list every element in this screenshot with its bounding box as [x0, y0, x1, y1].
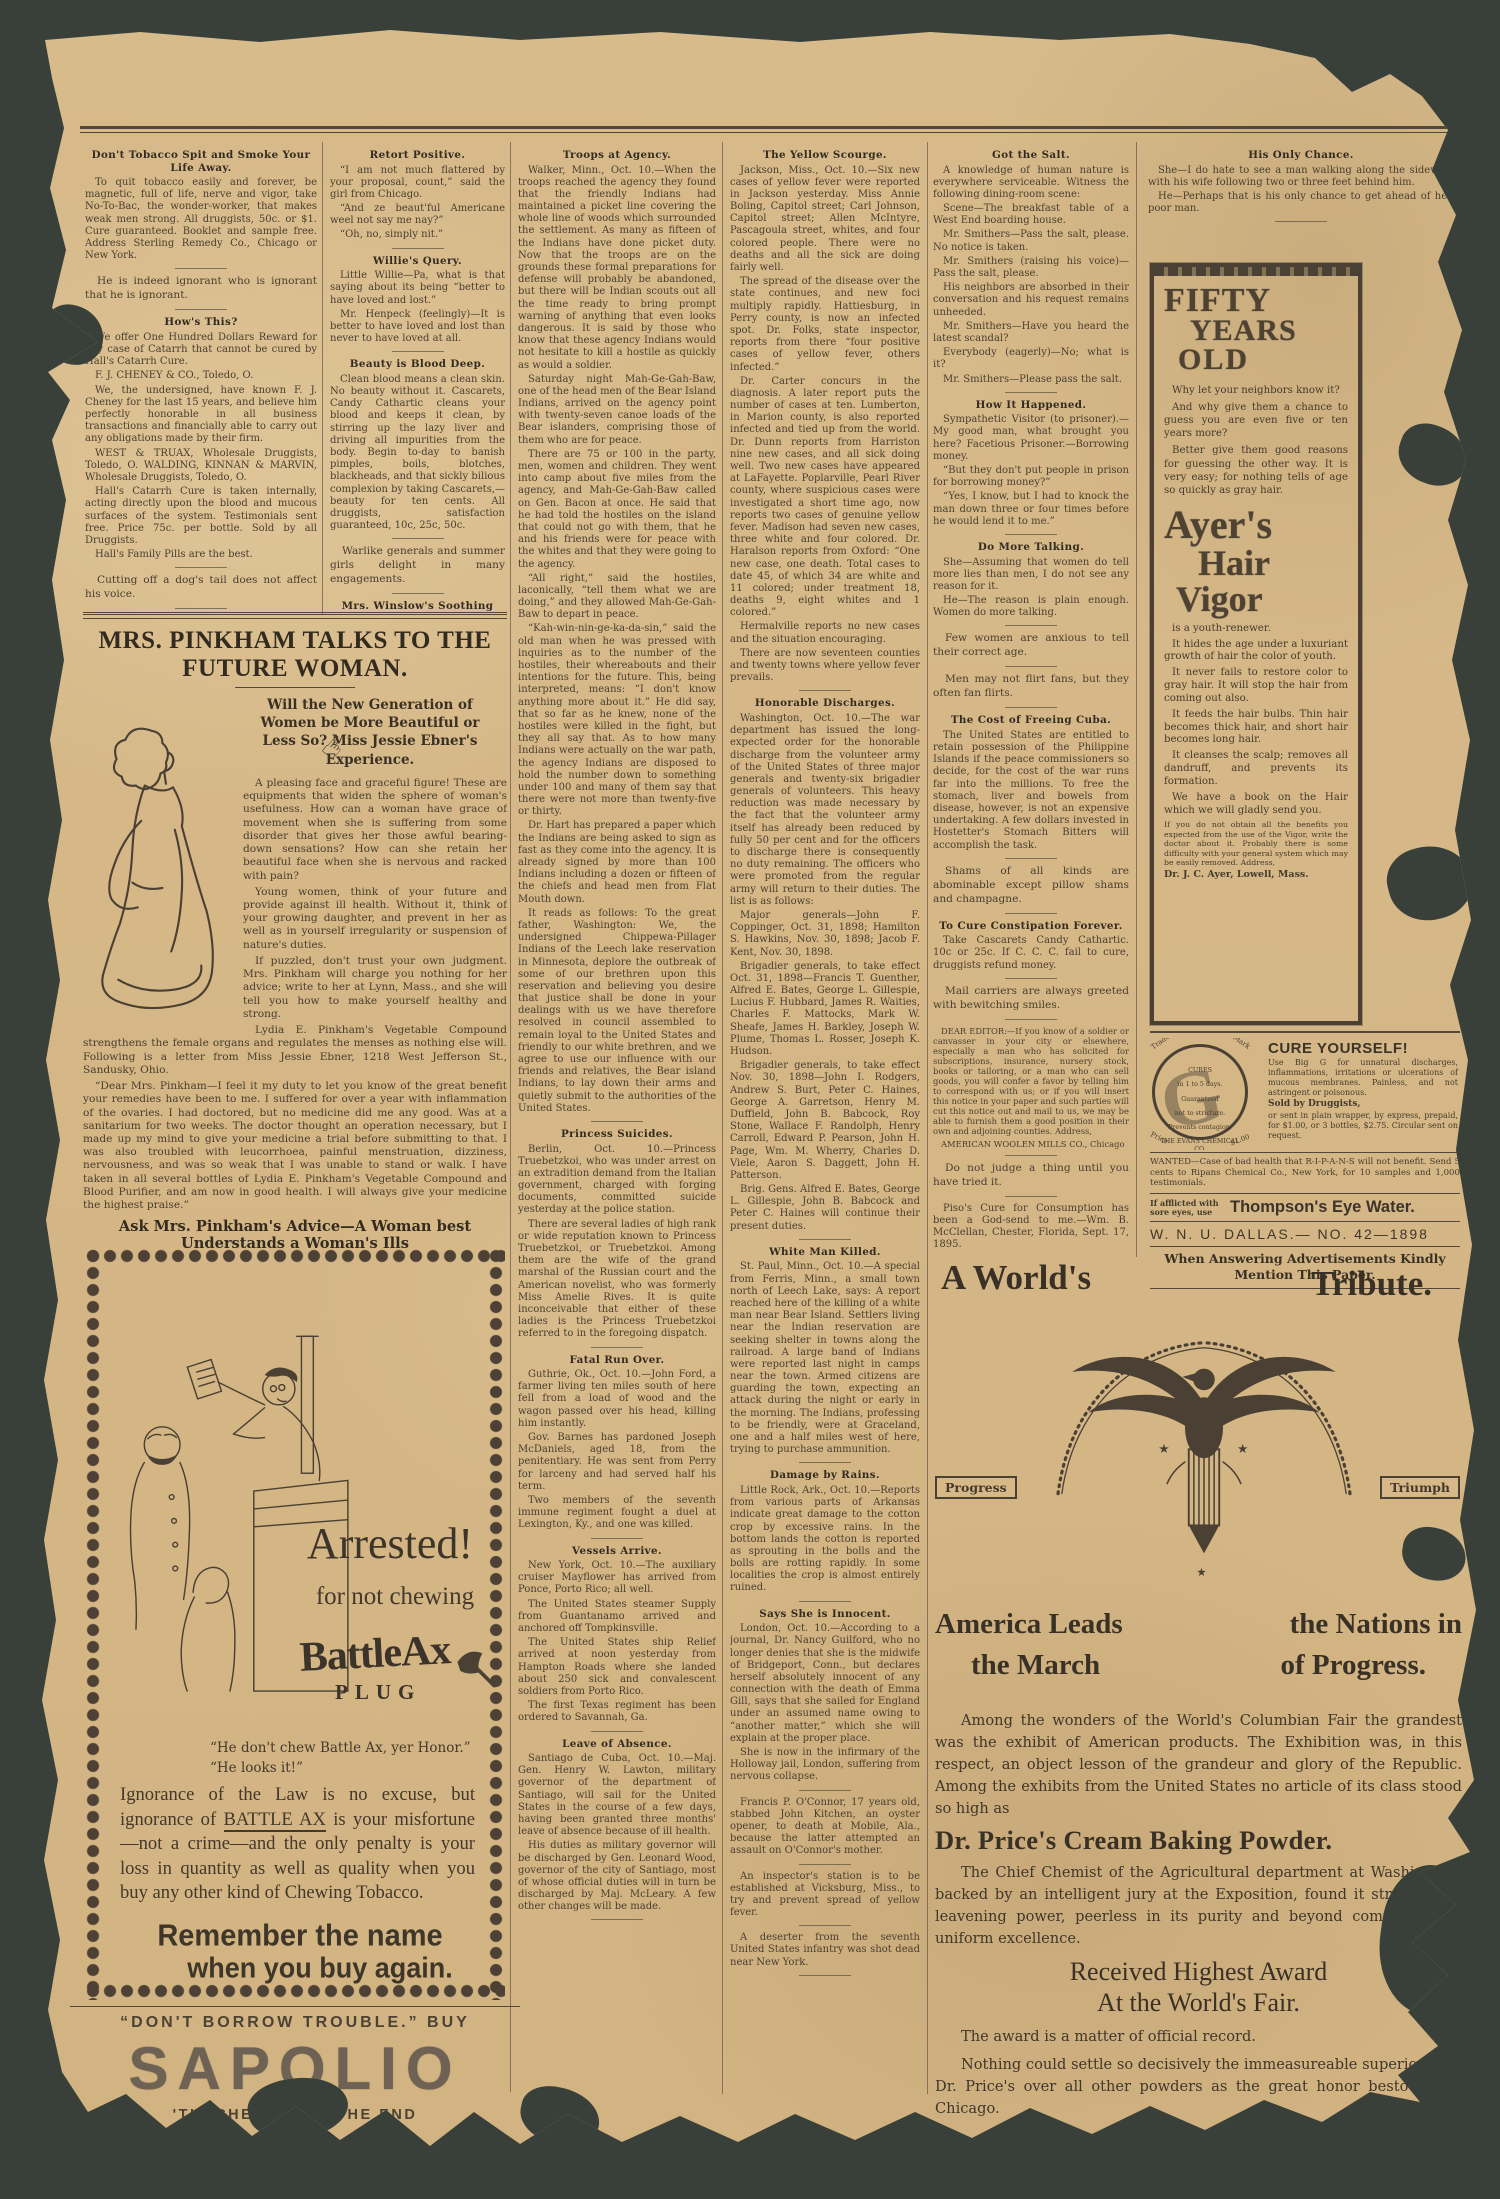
story-paragraph: To quit tobacco easily and forever, be m…: [85, 177, 317, 262]
battle-ax-logotype: BattleAx: [279, 1625, 471, 1683]
story-paragraph: The United States steamer Supply from Gu…: [518, 1599, 716, 1636]
paragraph: “Dear Mrs. Pinkham—I feel it my duty to …: [83, 1080, 507, 1212]
news-story: Don't Tobacco Spit and Smoke Your Life A…: [85, 149, 317, 269]
news-story: The Yellow Scourge.Jackson, Miss., Oct. …: [730, 149, 920, 691]
story-headline: Retort Positive.: [330, 149, 505, 162]
pinkham-woman-illustration: [83, 700, 233, 1030]
ayers-body: is a youth-renewer.It hides the age unde…: [1164, 623, 1348, 818]
ayers-fine-print: If you do not obtain all the benefits yo…: [1164, 820, 1348, 867]
filler-item: Few women are anxious to tell their corr…: [933, 632, 1129, 667]
tribute-paragraph: The award is a matter of official record…: [935, 2026, 1462, 2048]
ad-caption: “He looks it!”: [210, 1760, 303, 1776]
story-paragraph: Jackson, Miss., Oct. 10.—Six new cases o…: [730, 165, 920, 275]
tribute-paragraph: Nothing could settle so decisively the i…: [935, 2054, 1462, 2120]
filler-item: Do not judge a thing until you have trie…: [933, 1162, 1129, 1197]
cure-copy: Use Big G for unnatural discharges, infl…: [1268, 1058, 1458, 1098]
story-headline: The Cost of Freeing Cuba.: [933, 714, 1129, 727]
news-story: Troops at Agency.Walker, Minn., Oct. 10.…: [518, 149, 716, 1122]
section-rule: [1150, 1031, 1460, 1033]
news-story: Honorable Discharges.Washington, Oct. 10…: [730, 697, 920, 1239]
news-story: To Cure Constipation Forever.Take Cascar…: [933, 920, 1129, 979]
story-paragraph: London, Oct. 10.—According to a journal,…: [730, 1623, 920, 1745]
pinkham-footer-line: Ask Mrs. Pinkham's Advice—A Woman best U…: [83, 1218, 507, 1248]
story-paragraph: He is indeed ignorant who is ignorant th…: [85, 275, 317, 303]
story-paragraph: Brigadier generals, to take effect Oct. …: [730, 961, 920, 1059]
ayers-signature: Dr. J. C. Ayer, Lowell, Mass.: [1164, 869, 1348, 880]
news-story: Beauty is Blood Deep.Clean blood means a…: [330, 358, 505, 539]
column-3: Troops at Agency.Walker, Minn., Oct. 10.…: [518, 144, 716, 2089]
story-paragraph: Take Cascarets Candy Cathartic. 10c or 2…: [933, 935, 1129, 972]
story-paragraph: Scene—The breakfast table of a West End …: [933, 203, 1129, 227]
story-paragraph: Everybody (eagerly)—No; what is it?: [933, 347, 1129, 371]
column-rule: [722, 142, 723, 2094]
worlds-tribute-ad: A World's Tribute. ★ ★ ★: [935, 1258, 1462, 2118]
story-paragraph: Dr. Hart has prepared a paper which the …: [518, 820, 716, 905]
story-paragraph: WEST & TRUAX, Wholesale Druggists, Toled…: [85, 448, 317, 485]
story-paragraph: “Yes, I know, but I had to knock the man…: [933, 491, 1129, 528]
story-paragraph: AMERICAN WOOLEN MILLS CO., Chicago: [933, 1139, 1129, 1149]
story-paragraph: “And ze beaut'ful Americane weel not say…: [330, 203, 505, 227]
story-headline: Leave of Absence.: [518, 1738, 716, 1751]
story-paragraph: Mr. Smithers (raising his voice)—Pass th…: [933, 256, 1129, 280]
section-rule: [70, 2006, 520, 2007]
dr-price-product-line: Dr. Price's Cream Baking Powder.: [935, 1825, 1462, 1856]
story-headline: Beauty is Blood Deep.: [330, 358, 505, 371]
story-paragraph: She—Assuming that women do tell more lie…: [933, 557, 1129, 594]
story-paragraph: Men may not flirt fans, but they often f…: [933, 673, 1129, 701]
progress-ribbon: Progress: [935, 1476, 1017, 1499]
story-paragraph: Mr. Smithers—Please pass the salt.: [933, 374, 1129, 386]
news-story: Says She is Innocent.London, Oct. 10.—Ac…: [730, 1608, 920, 1791]
headline-line: OLD: [1178, 346, 1348, 375]
story-paragraph: Francis P. O'Connor, 17 years old, stabb…: [730, 1797, 920, 1858]
story-paragraph: “But they don't put people in prison for…: [933, 465, 1129, 489]
arrested-headline: Arrested!: [285, 1518, 495, 1569]
story-paragraph: Hall's Family Pills are the best.: [85, 549, 317, 561]
column-rule: [510, 142, 511, 2092]
paragraph: It hides the age under a luxuriant growt…: [1164, 639, 1348, 665]
filler-item: Cutting off a dog's tail does not affect…: [85, 574, 317, 609]
battle-ax-copy: Ignorance of the Law is no excuse, but i…: [120, 1783, 475, 1906]
story-headline: Got the Salt.: [933, 149, 1129, 162]
story-paragraph: There are now seventeen counties and twe…: [730, 648, 920, 685]
story-paragraph: “All right,” said the hostiles, laconica…: [518, 573, 716, 622]
story-paragraph: Hall's Catarrh Cure is taken internally,…: [85, 486, 317, 547]
trade-label: Trade: [1150, 1038, 1171, 1051]
lead-gap: [1160, 1649, 1220, 1682]
newspaper-page: Don't Tobacco Spit and Smoke Your Life A…: [0, 0, 1500, 2199]
story-paragraph: Little Willie—Pa, what is that saying ab…: [330, 270, 505, 307]
story-headline: Princess Suicides.: [518, 1128, 716, 1141]
story-paragraph: The first Texas regiment has been ordere…: [518, 1700, 716, 1724]
story-paragraph: She—I do hate to see a man walking along…: [1148, 165, 1454, 189]
sapolio-tagline: 'TIS CHEAPER IN THE END: [70, 2107, 520, 2123]
story-headline: Vessels Arrive.: [518, 1545, 716, 1558]
mark-label: Mark: [1231, 1038, 1251, 1051]
story-paragraph: Mr. Smithers—Pass the salt, please. No n…: [933, 229, 1129, 253]
news-story: Leave of Absence.Santiago de Cuba, Oct. …: [518, 1738, 716, 1921]
paragraph: It cleanses the scalp; removes all dandr…: [1164, 750, 1348, 789]
story-headline: Honorable Discharges.: [730, 697, 920, 710]
paper-tear: [515, 2080, 605, 2151]
dot-border: [85, 1248, 102, 2000]
column-4: The Yellow Scourge.Jackson, Miss., Oct. …: [730, 144, 920, 2092]
dot-border: [488, 1248, 505, 2000]
story-paragraph: The United States are entitled to retain…: [933, 730, 1129, 852]
story-paragraph: Washington, Oct. 10.—The war department …: [730, 713, 920, 908]
news-story: Damage by Rains.Little Rock, Ark., Oct. …: [730, 1469, 920, 1601]
story-paragraph: Few women are anxious to tell their corr…: [933, 632, 1129, 660]
story-paragraph: Do not judge a thing until you have trie…: [933, 1162, 1129, 1190]
lead-line: the March: [971, 1649, 1100, 1682]
paragraph: Better give them good reasons for guessi…: [1164, 444, 1348, 496]
thompsons-eye-water-notice: If afflicted with sore eyes, use Thompso…: [1150, 1193, 1460, 1221]
news-story: How's This?We offer One Hundred Dollars …: [85, 316, 317, 568]
wnu-issue-line: W. N. U. DALLAS.— NO. 42—1898: [1150, 1221, 1460, 1246]
plug-line: PLUG: [335, 1680, 421, 1705]
paragraph: We have a book on the Hair which we will…: [1164, 792, 1348, 818]
story-paragraph: His neighbors are absorbed in their conv…: [933, 282, 1129, 319]
paragraph: And why give them a chance to guess you …: [1164, 401, 1348, 440]
for-not-chewing-line: for not chewing: [295, 1583, 495, 1611]
column-rule: [1136, 142, 1137, 1257]
brand-line: Vigor: [1176, 581, 1348, 617]
ad-caption: “He don't chew Battle Ax, yer Honor.”: [210, 1740, 471, 1756]
story-paragraph: Brig. Gens. Alfred E. Bates, George L. G…: [730, 1184, 920, 1233]
big-g-trademark-illustration: G CURESin 1 to 5 days.Guaranteednot to s…: [1152, 1044, 1248, 1140]
filler-item: Warlike generals and summer girls deligh…: [330, 545, 505, 594]
story-headline: His Only Chance.: [1148, 149, 1454, 162]
story-paragraph: “I am not much flattered by your proposa…: [330, 165, 505, 202]
story-paragraph: An inspector's station is to be establis…: [730, 1871, 920, 1920]
story-paragraph: Mr. Smithers—Have you heard the latest s…: [933, 321, 1129, 345]
story-headline: The Yellow Scourge.: [730, 149, 920, 162]
lead-line: the Nations in: [1290, 1608, 1462, 1641]
news-story: His Only Chance.She—I do hate to see a m…: [1148, 149, 1454, 222]
lead-line: America Leads: [935, 1608, 1123, 1641]
brand-line: Ayer's: [1164, 505, 1348, 545]
eye-water-prefix: If afflicted with sore eyes, use: [1150, 1199, 1224, 1217]
story-paragraph: He—Perhaps that is his only chance to ge…: [1148, 191, 1454, 215]
story-paragraph: Mr. Henpeck (feelingly)—It is better to …: [330, 309, 505, 346]
story-headline: Says She is Innocent.: [730, 1608, 920, 1621]
column-rule: [927, 142, 928, 2094]
filler-item: Men may not flirt fans, but they often f…: [933, 673, 1129, 708]
top-double-rule: [80, 126, 1458, 133]
story-paragraph: A deserter from the seventh United State…: [730, 1932, 920, 1969]
dot-border: [85, 1248, 505, 1265]
story-paragraph: Walker, Minn., Oct. 10.—When the troops …: [518, 165, 716, 372]
story-paragraph: It reads as follows: To the great father…: [518, 908, 716, 1115]
story-headline: White Man Killed.: [730, 1246, 920, 1259]
cure-copy: or sent in plain wrapper, by express, pr…: [1268, 1111, 1458, 1141]
filler-item: Mail carriers are always greeted with be…: [933, 985, 1129, 1020]
filler-item: Francis P. O'Connor, 17 years old, stabb…: [730, 1797, 920, 1865]
paragraph: Why let your neighbors know it?: [1164, 384, 1348, 397]
paragraph: It never fails to restore color to gray …: [1164, 667, 1348, 706]
story-paragraph: Little Rock, Ark., Oct. 10.—Reports from…: [730, 1485, 920, 1595]
filler-item: He is indeed ignorant who is ignorant th…: [85, 275, 317, 310]
story-paragraph: Santiago de Cuba, Oct. 10.—Maj. Gen. Hen…: [518, 1753, 716, 1838]
story-paragraph: She is now in the infirmary of the Hollo…: [730, 1747, 920, 1784]
battle-ax-tagline: Remember the name when you buy again.: [120, 1920, 480, 1984]
story-paragraph: St. Paul, Minn., Oct. 10.—A special from…: [730, 1261, 920, 1456]
story-paragraph: New York, Oct. 10.—The auxiliary cruiser…: [518, 1560, 716, 1597]
lead-gap: [1176, 1608, 1236, 1641]
story-headline: Troops at Agency.: [518, 149, 716, 162]
story-headline: How's This?: [85, 316, 317, 329]
brand-mention: BATTLE AX: [224, 1809, 326, 1832]
ayers-hair-vigor-ad: FIFTY YEARS OLD Why let your neighbors k…: [1150, 263, 1362, 1025]
story-paragraph: Hermalville reports no new cases and the…: [730, 621, 920, 645]
story-paragraph: Clean blood means a clean skin. No beaut…: [330, 374, 505, 532]
story-headline: Willie's Query.: [330, 255, 505, 268]
story-paragraph: Shams of all kinds are abominable except…: [933, 865, 1129, 907]
story-headline: Do More Talking.: [933, 541, 1129, 554]
column-1: Don't Tobacco Spit and Smoke Your Life A…: [85, 144, 317, 614]
story-paragraph: The United States ship Relief arrived at…: [518, 1637, 716, 1698]
pinkham-subhead: Will the New Generation of Women be More…: [233, 696, 497, 769]
hatchet-icon: [453, 1646, 497, 1690]
paper-tear: [1380, 837, 1479, 929]
story-paragraph: He—The reason is plain enough. Women do …: [933, 595, 1129, 619]
story-paragraph: Major generals—John F. Coppinger, Oct. 3…: [730, 910, 920, 959]
story-paragraph: Guthrie, Ok., Oct. 10.—John Ford, a farm…: [518, 1369, 716, 1430]
svg-text:★: ★: [1196, 1565, 1206, 1579]
story-paragraph: There are several ladies of high rank or…: [518, 1219, 716, 1341]
story-paragraph: F. J. CHENEY & CO., Toledo, O.: [85, 370, 317, 382]
column-5: Got the Salt.A knowledge of human nature…: [933, 144, 1129, 1256]
ayers-intro: Why let your neighbors know it?And why g…: [1164, 384, 1348, 496]
filler-item: Shams of all kinds are abominable except…: [933, 865, 1129, 914]
news-story: Retort Positive.“I am not much flattered…: [330, 149, 505, 249]
filler-item: A deserter from the seventh United State…: [730, 1932, 920, 1976]
column-rule: [322, 142, 323, 614]
news-story: How It Happened.Sympathetic Visitor (to …: [933, 399, 1129, 535]
news-story: Willie's Query.Little Willie—Pa, what is…: [330, 255, 505, 353]
battle-ax-ad: Arrested! for not chewing BattleAx PLUG …: [85, 1248, 505, 2000]
story-paragraph: Mail carriers are always greeted with be…: [933, 985, 1129, 1013]
headline-line: FIFTY: [1164, 285, 1348, 317]
story-headline: Damage by Rains.: [730, 1469, 920, 1482]
news-story: Do More Talking.She—Assuming that women …: [933, 541, 1129, 626]
story-paragraph: Dr. Carter concurs in the diagnosis. A l…: [730, 376, 920, 620]
story-paragraph: Saturday night Mah-Ge-Gah-Baw, one of th…: [518, 374, 716, 447]
headline-line: YEARS: [1190, 317, 1348, 346]
story-headline: How It Happened.: [933, 399, 1129, 412]
tagline-line: when you buy again.: [160, 1952, 480, 1985]
column-6-top: His Only Chance.She—I do hate to see a m…: [1148, 144, 1454, 262]
svg-text:★: ★: [1158, 1441, 1169, 1456]
filler-item: DEAR EDITOR:—If you know of a soldier or…: [933, 1026, 1129, 1156]
story-paragraph: Sympathetic Visitor (to prisoner).—My go…: [933, 414, 1129, 463]
section-rule: [83, 612, 507, 619]
news-story: White Man Killed.St. Paul, Minn., Oct. 1…: [730, 1246, 920, 1464]
story-paragraph: Berlin, Oct. 10.—Princess Truebetzkoi, w…: [518, 1144, 716, 1217]
story-paragraph: “Kah-win-nin-ge-ka-da-sin,” said the old…: [518, 623, 716, 818]
story-headline: Don't Tobacco Spit and Smoke Your Life A…: [85, 149, 317, 174]
story-paragraph: Gov. Barnes has pardoned Joseph McDaniel…: [518, 1432, 716, 1493]
eye-water-brand: Thompson's Eye Water.: [1230, 1198, 1415, 1217]
triumph-ribbon: Triumph: [1380, 1476, 1460, 1499]
news-story: Got the Salt.A knowledge of human nature…: [933, 149, 1129, 393]
pinkham-headline: MRS. PINKHAM TALKS TO THE FUTURE WOMAN.: [83, 627, 507, 683]
paragraph: It feeds the hair bulbs. Thin hair becom…: [1164, 709, 1348, 748]
story-paragraph: There are 75 or 100 in the party, men, w…: [518, 449, 716, 571]
story-paragraph: Warlike generals and summer girls deligh…: [330, 545, 505, 587]
story-paragraph: Two members of the seventh immune regime…: [518, 1495, 716, 1532]
story-paragraph: We offer One Hundred Dollars Reward for …: [85, 332, 317, 369]
dot-border: [85, 1983, 505, 2000]
ayers-logotype: Ayer's Hair Vigor: [1164, 505, 1348, 617]
paragraph: is a youth-renewer.: [1164, 623, 1348, 636]
filler-item: An inspector's station is to be establis…: [730, 1871, 920, 1927]
ornament-rule: [235, 687, 355, 688]
story-paragraph: We, the undersigned, have known F. J. Ch…: [85, 385, 317, 446]
story-paragraph: A knowledge of human nature is everywher…: [933, 165, 1129, 202]
story-paragraph: The spread of the disease over the state…: [730, 276, 920, 374]
pinkham-advertorial: MRS. PINKHAM TALKS TO THE FUTURE WOMAN. …: [83, 612, 507, 1248]
news-story: The Cost of Freeing Cuba.The United Stat…: [933, 714, 1129, 858]
paper-tear: [1390, 416, 1476, 494]
story-paragraph: Cutting off a dog's tail does not affect…: [85, 574, 317, 602]
america-leads-headline: America Leads the Nations in the March o…: [935, 1608, 1462, 1690]
column-2: Retort Positive.“I am not much flattered…: [330, 144, 505, 614]
tagline-line: Remember the name: [120, 1919, 480, 1954]
sapolio-kicker: “DON'T BORROW TROUBLE.” BUY: [70, 2014, 520, 2032]
sold-by-druggists: Sold by Druggists,: [1268, 1099, 1458, 1110]
story-paragraph: Brigadier generals, to take effect Nov. …: [730, 1060, 920, 1182]
story-paragraph: “Oh, no, simply nit.”: [330, 229, 505, 241]
svg-text:★: ★: [1237, 1441, 1248, 1456]
story-paragraph: Piso's Cure for Consumption has been a G…: [933, 1203, 1129, 1252]
tribute-paragraph: Among the wonders of the World's Columbi…: [935, 1710, 1462, 1819]
brand-line: Hair: [1198, 545, 1348, 581]
filler-item: Piso's Cure for Consumption has been a G…: [933, 1203, 1129, 1256]
fifty-years-old-headline: FIFTY YEARS OLD: [1164, 285, 1348, 374]
news-story: Princess Suicides.Berlin, Oct. 10.—Princ…: [518, 1128, 716, 1348]
news-story: Fatal Run Over.Guthrie, Ok., Oct. 10.—Jo…: [518, 1354, 716, 1539]
lead-line: of Progress.: [1280, 1649, 1426, 1682]
cure-ad-copy: CURE YOURSELF! Use Big G for unnatural d…: [1268, 1040, 1458, 1142]
ripans-wanted-notice: WANTED—Case of bad health that R-I-P-A-N…: [1150, 1152, 1460, 1193]
story-paragraph: His duties as military governor will be …: [518, 1840, 716, 1913]
story-paragraph: DEAR EDITOR:—If you know of a soldier or…: [933, 1026, 1129, 1137]
news-story: Vessels Arrive.New York, Oct. 10.—The au…: [518, 1545, 716, 1732]
story-headline: Fatal Run Over.: [518, 1354, 716, 1367]
story-headline: To Cure Constipation Forever.: [933, 920, 1129, 933]
cure-yourself-headline: CURE YOURSELF!: [1268, 1040, 1458, 1057]
big-g-cure-ad: G CURESin 1 to 5 days.Guaranteednot to s…: [1150, 1038, 1460, 1150]
award-line: At the World's Fair.: [935, 1987, 1462, 2018]
paragraph: Lydia E. Pinkham's Vegetable Compound st…: [83, 1024, 507, 1077]
